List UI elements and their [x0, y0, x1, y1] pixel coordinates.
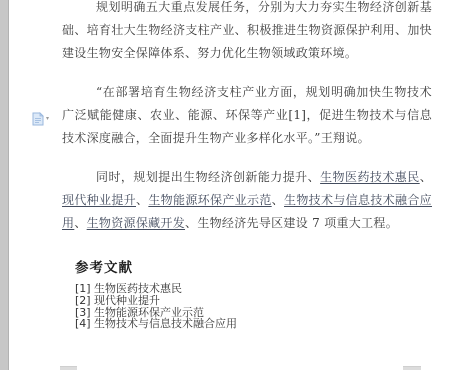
- page-margin-gutter: [0, 0, 9, 370]
- paste-options-button[interactable]: ▾: [32, 111, 54, 127]
- body-paragraph: “在部署培育生物经济支柱产业方面，规划明确加快生物技术广泛赋能健康、农业、能源、…: [62, 81, 432, 150]
- citation-marker: [1]: [288, 108, 306, 122]
- text-run: 、生物经济先导区建设 7 项重大工程。: [185, 216, 398, 230]
- references-heading: 参考文献: [75, 256, 432, 276]
- reference-item: [4]生物技术与信息技术融合应用: [75, 318, 432, 330]
- document-body: 规划明确五大重点发展任务，分别为大力夯实生物经济创新基础、培育壮大生物经济支柱产…: [62, 0, 432, 235]
- reference-link[interactable]: 生物医药技术惠民: [320, 170, 420, 184]
- word-document-canvas: 规划明确五大重点发展任务，分别为大力夯实生物经济创新基础、培育壮大生物经济支柱产…: [0, 0, 462, 370]
- body-paragraph: 同时，规划提出生物经济创新能力提升、生物医药技术惠民、现代种业提升、生物能源环保…: [62, 166, 432, 235]
- text-run: 、: [136, 193, 148, 207]
- reference-link[interactable]: 生物能源环保产业示范: [148, 193, 271, 207]
- bottom-edge-mark-right: [403, 366, 421, 370]
- document-page[interactable]: 规划明确五大重点发展任务，分别为大力夯实生物经济创新基础、培育壮大生物经济支柱产…: [9, 0, 462, 370]
- reference-marker: [2]: [75, 295, 91, 307]
- reference-link[interactable]: 现代种业提升: [62, 193, 136, 207]
- text-run: 同时，规划提出生物经济创新能力提升、: [96, 170, 320, 184]
- body-paragraph: 规划明确五大重点发展任务，分别为大力夯实生物经济创新基础、培育壮大生物经济支柱产…: [62, 0, 432, 65]
- text-run: 规划明确五大重点发展任务，分别为大力夯实生物经济创新基础、培育壮大生物经济支柱产…: [62, 0, 432, 60]
- document-content: 规划明确五大重点发展任务，分别为大力夯实生物经济创新基础、培育壮大生物经济支柱产…: [62, 0, 432, 330]
- reference-marker: [4]: [75, 318, 91, 330]
- reference-text: 生物技术与信息技术融合应用: [94, 317, 237, 330]
- text-run: 、: [272, 193, 284, 207]
- text-run: 、: [420, 170, 432, 184]
- reference-text: 现代种业提升: [94, 294, 160, 307]
- text-run: 、: [74, 216, 86, 230]
- reference-item: [2]现代种业提升: [75, 295, 432, 307]
- references-list: [1]生物医药技术惠民[2]现代种业提升[3]生物能源环保产业示范[4]生物技术…: [75, 283, 432, 330]
- chevron-down-icon: ▾: [46, 116, 49, 122]
- bottom-edge-mark-left: [60, 366, 77, 370]
- reference-link[interactable]: 生物资源保藏开发: [87, 216, 185, 230]
- paste-options-document-icon: [32, 112, 44, 126]
